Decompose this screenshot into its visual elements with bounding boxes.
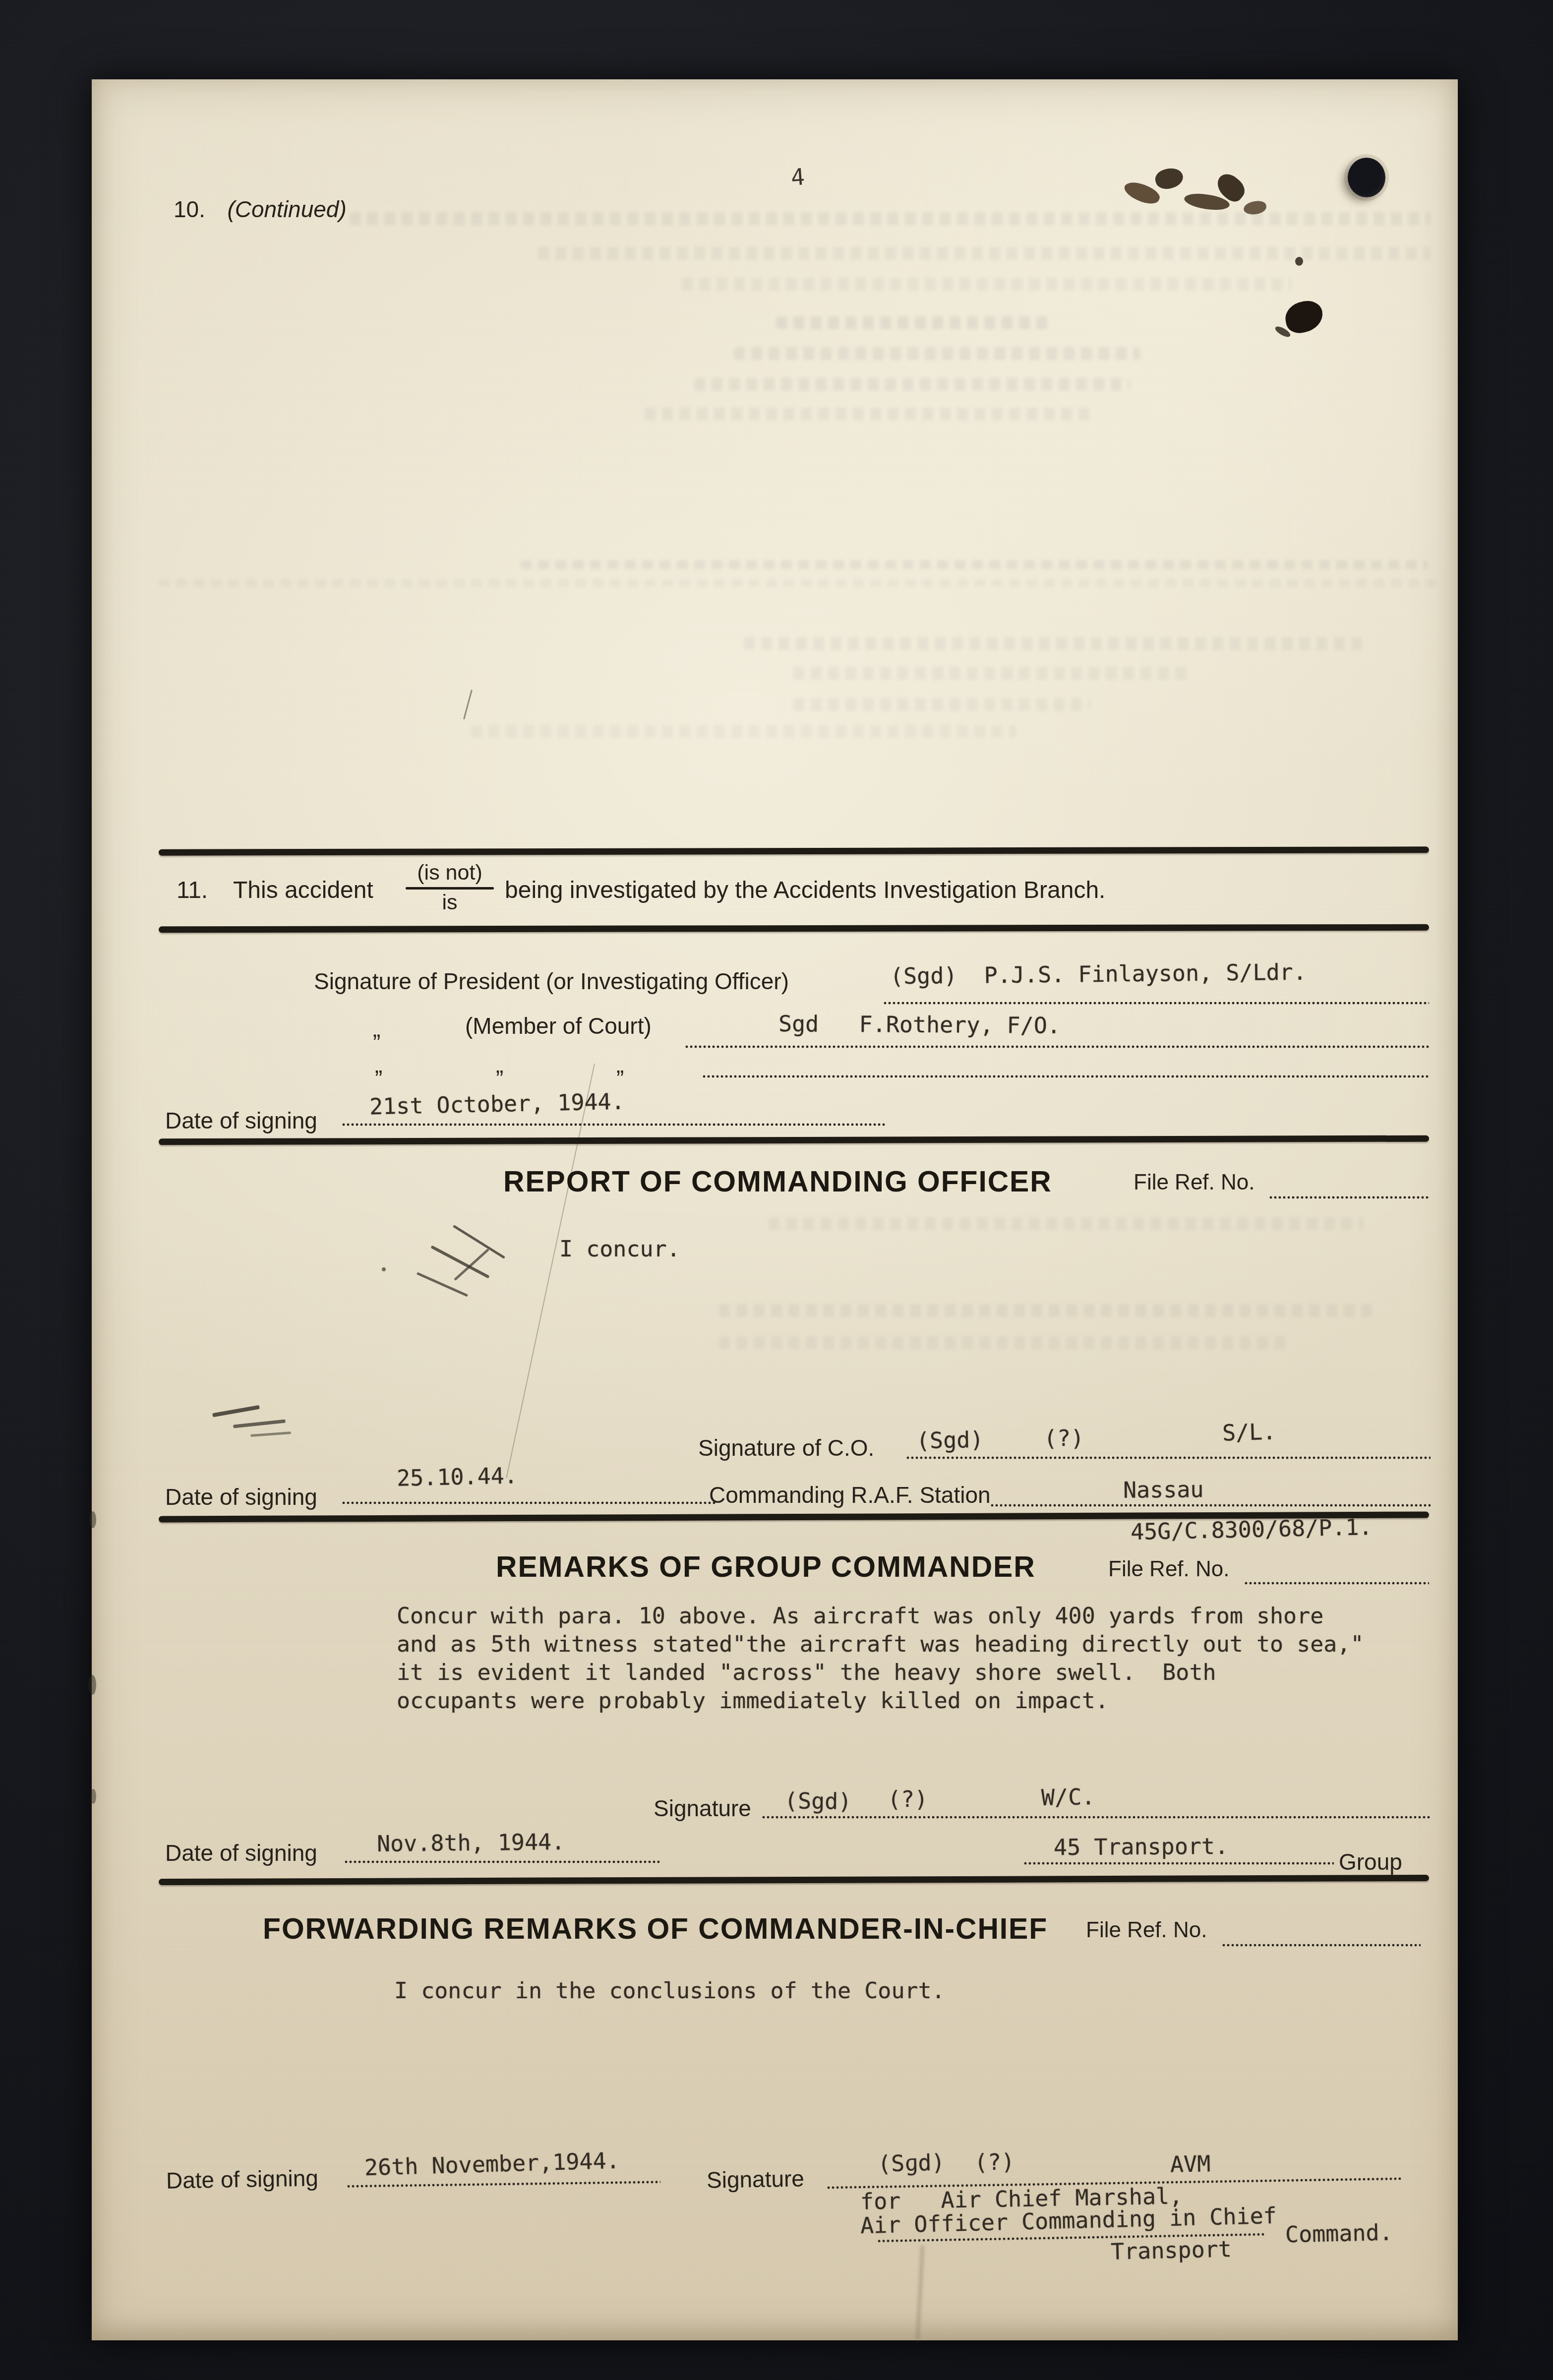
edge-nick bbox=[90, 1789, 96, 1804]
ditto-mark: ” bbox=[375, 1065, 382, 1092]
showthrough-smudge bbox=[350, 212, 1431, 225]
item-11-text-after: being investigated by the Accidents Inve… bbox=[505, 877, 1105, 904]
showthrough-smudge bbox=[645, 408, 1091, 420]
cinc-signature-rank: AVM bbox=[1170, 2150, 1211, 2177]
group-signature-sgd: (Sgd) bbox=[784, 1787, 852, 1814]
cinc-signature-query: (?) bbox=[974, 2148, 1015, 2175]
president-signature-value: (Sgd) P.J.S. Finlayson, S/Ldr. bbox=[890, 959, 1307, 990]
group-name-value: 45 Transport. bbox=[1054, 1833, 1229, 1860]
president-signature-label: Signature of President (or Investigating… bbox=[314, 968, 789, 995]
cinc-command-label: Command. bbox=[1285, 2219, 1393, 2248]
showthrough-smudge bbox=[734, 347, 1140, 360]
co-date-label: Date of signing bbox=[165, 1484, 317, 1510]
showthrough-smudge bbox=[793, 667, 1190, 680]
dotted-line bbox=[1269, 1196, 1429, 1199]
showthrough-smudge bbox=[694, 378, 1131, 391]
co-date-value: 25.10.44. bbox=[396, 1462, 518, 1491]
edge-nick bbox=[88, 1675, 96, 1695]
dotted-line bbox=[703, 1075, 1429, 1078]
showthrough-smudge bbox=[719, 1304, 1378, 1317]
co-station-value: Nassau bbox=[1123, 1476, 1204, 1503]
court-date-value: 21st October, 1944. bbox=[369, 1088, 625, 1120]
co-station-label: Commanding R.A.F. Station bbox=[709, 1482, 991, 1508]
group-suffix-label: Group bbox=[1339, 1848, 1402, 1875]
co-body-text: I concur. bbox=[559, 1236, 680, 1262]
cinc-signature-sgd: (Sɡd) bbox=[877, 2149, 945, 2177]
showthrough-smudge bbox=[793, 698, 1091, 711]
cinc-transport-value: Transport bbox=[1110, 2236, 1232, 2265]
pencil-dot bbox=[382, 1267, 386, 1271]
co-signature-sgd: (Sgd) bbox=[916, 1427, 984, 1454]
showthrough-smudge bbox=[719, 1336, 1289, 1349]
dotted-line bbox=[1024, 1862, 1334, 1865]
cinc-signature-label: Signature bbox=[707, 2165, 805, 2193]
group-date-label: Date of signing bbox=[165, 1840, 317, 1866]
edge-nick bbox=[89, 1511, 96, 1528]
item-11-text-before: This accident bbox=[233, 877, 373, 904]
group-date-value: Nov.8th, 1944. bbox=[377, 1829, 565, 1857]
continued-heading: 10. (Continued) bbox=[174, 196, 347, 223]
dotted-line bbox=[345, 1860, 659, 1863]
showthrough-smudge bbox=[776, 316, 1054, 329]
page-number: 4 bbox=[790, 163, 805, 191]
showthrough-smudge bbox=[471, 725, 1016, 738]
fraction-top: (is not) bbox=[403, 861, 497, 885]
group-body-line: and as 5th witness stated"the aircraft w… bbox=[397, 1631, 1364, 1657]
group-body-line: Concur with para. 10 above. As aircraft … bbox=[397, 1603, 1323, 1629]
dotted-line bbox=[1245, 1582, 1429, 1585]
cinc-body-text: I concur in the conclusions of the Court… bbox=[394, 1977, 945, 2004]
fraction-bar bbox=[406, 887, 494, 890]
dotted-line bbox=[342, 1501, 717, 1504]
continued-label: (Continued) bbox=[227, 196, 346, 222]
item-11-number: 11. bbox=[177, 877, 208, 904]
fraction-bottom: is bbox=[403, 891, 497, 915]
showthrough-smudge bbox=[744, 637, 1369, 650]
punch-hole bbox=[1348, 158, 1385, 197]
dotted-line bbox=[991, 1504, 1431, 1507]
co-signature-query: (?) bbox=[1044, 1425, 1084, 1451]
member-signature-value: Sgd F.Rothery, F/O. bbox=[778, 1011, 1061, 1039]
dotted-line bbox=[1222, 1944, 1421, 1947]
group-signature-query: (?) bbox=[888, 1786, 928, 1812]
ink-dot bbox=[1295, 257, 1303, 266]
showthrough-smudge bbox=[682, 278, 1292, 291]
group-body-line: occupants were probably immediately kill… bbox=[397, 1687, 1109, 1714]
member-of-court-label: (Member of Court) bbox=[465, 1012, 652, 1039]
co-file-ref-label: File Ref. No. bbox=[1134, 1170, 1255, 1195]
dotted-line bbox=[884, 1002, 1429, 1005]
is-not-fraction: (is not) is bbox=[403, 861, 497, 915]
group-body-line: it is evident it landed "across" the hea… bbox=[397, 1659, 1216, 1685]
continued-item-number: 10. bbox=[174, 196, 205, 222]
group-signature-label: Signature bbox=[654, 1795, 751, 1822]
co-signature-label: Signature of C.O. bbox=[698, 1434, 874, 1461]
court-date-label: Date of signing bbox=[165, 1107, 317, 1134]
dotted-line bbox=[762, 1816, 1431, 1819]
group-signature-rank: W/C. bbox=[1041, 1784, 1095, 1811]
cinc-remarks-title: FORWARDING REMARKS OF COMMANDER-IN-CHIEF bbox=[263, 1911, 1048, 1946]
dotted-line bbox=[906, 1456, 1431, 1459]
group-remarks-title: REMARKS OF GROUP COMMANDER bbox=[496, 1549, 1036, 1584]
cinc-file-ref-label: File Ref. No. bbox=[1086, 1918, 1207, 1943]
dotted-line bbox=[685, 1045, 1429, 1048]
cinc-date-label: Date of signing bbox=[166, 2164, 319, 2194]
member-ditto-mark: „ bbox=[373, 1015, 380, 1042]
co-report-title: REPORT OF COMMANDING OFFICER bbox=[503, 1164, 1052, 1198]
co-signature-rank: S/L. bbox=[1222, 1419, 1276, 1446]
showthrough-smudge bbox=[769, 1217, 1364, 1230]
dotted-line bbox=[342, 1123, 885, 1126]
showthrough-smudge bbox=[521, 560, 1428, 569]
group-file-ref-value: 45G/C.8300/68/P.1. bbox=[1130, 1514, 1373, 1545]
ditto-mark: ” bbox=[496, 1065, 503, 1092]
showthrough-smudge bbox=[159, 579, 1438, 587]
group-file-ref-label: File Ref. No. bbox=[1108, 1557, 1230, 1582]
